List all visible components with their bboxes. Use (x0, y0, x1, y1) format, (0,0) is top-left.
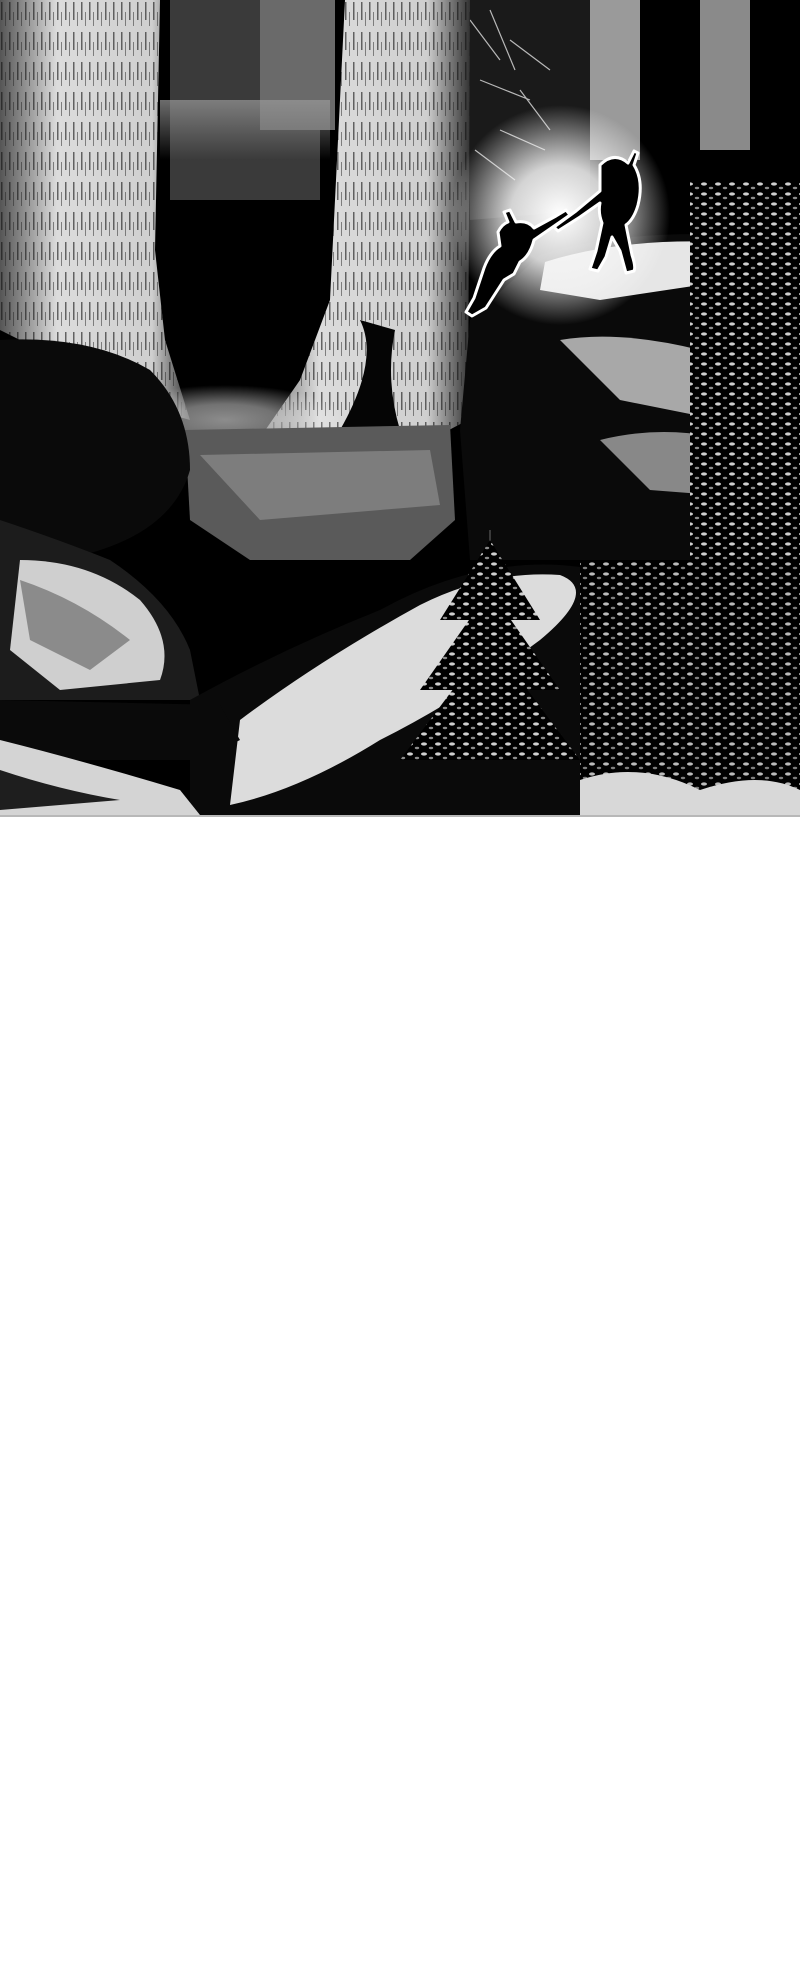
fir-foliage-right (690, 180, 800, 560)
glow-and-figures (450, 105, 670, 325)
forest-illustration (0, 0, 800, 815)
mid-ground (185, 425, 455, 560)
comic-panel (0, 0, 800, 815)
gutter-whitespace (0, 817, 800, 1966)
